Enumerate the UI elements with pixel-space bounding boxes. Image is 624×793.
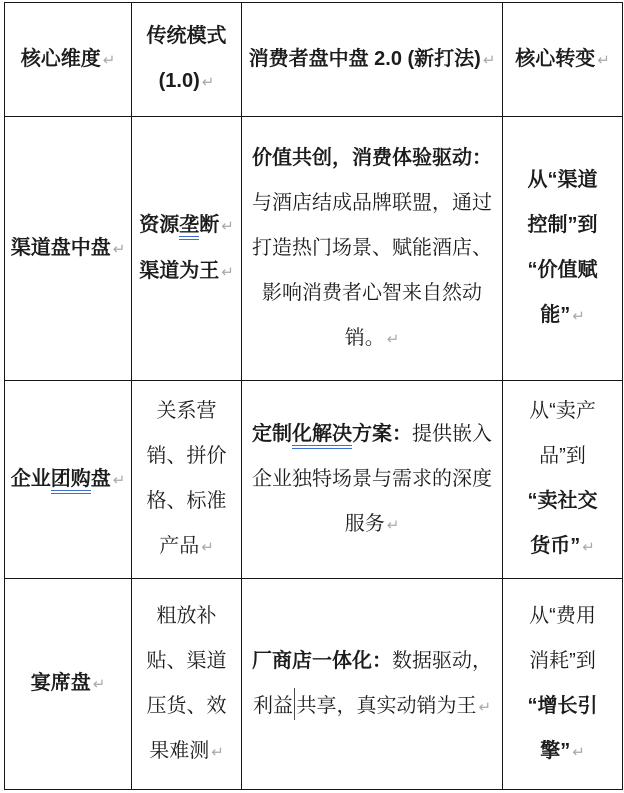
text-segment: “卖社交 — [528, 490, 598, 512]
text-segment: 企业 — [11, 468, 51, 490]
text-segment: 贴、渠道 — [147, 650, 227, 672]
paragraph-mark-icon: ↵ — [597, 52, 610, 69]
text-segment: 影响消费者心智来自然动 — [262, 282, 482, 304]
text-segment: 方案： — [352, 423, 412, 445]
text-segment: “增长引 — [528, 695, 598, 717]
text-line: 服务↵ — [345, 502, 400, 548]
text-line: 货币”↵ — [530, 524, 595, 570]
text-line: 与酒店结成品牌联盟，通过 — [252, 181, 492, 226]
text-line: 从“费用 — [529, 594, 596, 639]
table-cell[interactable]: 厂商店一体化：数据驱动， 利益共享，真实动销为王↵ — [242, 579, 503, 789]
text-segment: 品”到 — [539, 445, 586, 467]
paragraph-mark-icon: ↵ — [572, 308, 585, 325]
text-segment: 企业独特场景与需求的深度 — [252, 468, 492, 490]
paragraph-mark-icon: ↵ — [387, 517, 400, 534]
text-line: “卖社交 — [528, 479, 598, 524]
text-segment: 消耗”到 — [529, 650, 596, 672]
text-line: 定制化解决方案：提供嵌入 — [252, 412, 492, 457]
text-segment: 货币” — [530, 535, 580, 557]
text-segment: 利益 — [253, 695, 293, 717]
comparison-table: 核心维度↵ 传统模式 (1.0)↵ 消费者盘中盘 2.0 (新打法)↵ 核心转变… — [4, 2, 623, 790]
text-segment: 擎” — [540, 740, 570, 762]
paragraph-mark-icon: ↵ — [221, 264, 234, 281]
text-line: 资源垄断↵ — [139, 203, 234, 249]
paragraph-mark-icon: ↵ — [221, 218, 234, 235]
text-line: 渠道盘中盘↵ — [11, 226, 126, 272]
text-line: 厂商店一体化：数据驱动， — [252, 639, 492, 684]
table-cell[interactable]: 宴席盘↵ — [5, 579, 132, 789]
table-cell[interactable]: 定制化解决方案：提供嵌入 企业独特场景与需求的深度 服务↵ — [242, 381, 503, 579]
table-cell[interactable]: 粗放补 贴、渠道 压货、效 果难测↵ — [132, 579, 242, 789]
text-line: 价值共创，消费体验驱动： — [252, 136, 492, 181]
grammar-underline-text: 团购 — [51, 468, 91, 494]
text-line: 核心维度↵ — [21, 37, 116, 83]
text-segment: 关系营 — [157, 400, 217, 422]
table-cell[interactable]: 从“卖产 品”到 “卖社交 货币”↵ — [503, 381, 622, 579]
paragraph-mark-icon: ↵ — [113, 472, 126, 489]
text-segment: 数据驱动， — [392, 650, 492, 672]
text-segment: 压货、效 — [147, 695, 227, 717]
text-line: 擎”↵ — [540, 729, 585, 775]
text-segment: 从“费用 — [529, 605, 596, 627]
paragraph-mark-icon: ↵ — [93, 676, 106, 693]
paragraph-mark-icon: ↵ — [478, 699, 491, 716]
text-segment: 销。 — [345, 327, 385, 349]
text-segment: 服务 — [345, 513, 385, 535]
text-segment: 核心转变 — [515, 48, 595, 70]
paragraph-mark-icon: ↵ — [211, 744, 224, 761]
text-line: 渠道为王↵ — [139, 249, 234, 295]
text-segment: 打造热门场景、赋能酒店、 — [252, 237, 492, 259]
paragraph-mark-icon: ↵ — [113, 241, 126, 258]
table-cell[interactable]: 核心转变↵ — [503, 3, 622, 117]
text-segment: (1.0) — [159, 70, 200, 92]
text-line: 贴、渠道 — [147, 639, 227, 684]
table-cell[interactable]: 从“费用 消耗”到 “增长引 擎”↵ — [503, 579, 622, 789]
paragraph-mark-icon: ↵ — [103, 52, 116, 69]
text-segment: 消费者盘中盘 2.0 (新打法) — [249, 48, 481, 70]
text-segment: 从“卖产 — [529, 400, 596, 422]
grammar-underline-text: 化解决 — [292, 423, 352, 449]
text-segment: 渠道为王 — [139, 260, 219, 282]
text-line: 企业独特场景与需求的深度 — [252, 457, 492, 502]
text-line: 压货、效 — [147, 684, 227, 729]
text-line: 影响消费者心智来自然动 — [262, 271, 482, 316]
text-line: 销。↵ — [345, 316, 400, 362]
table-cell[interactable]: 关系营 销、拼价 格、标准 产品↵ — [132, 381, 242, 579]
text-line: 格、标准 — [147, 479, 227, 524]
text-segment: 控制”到 — [528, 214, 598, 236]
text-line: 控制”到 — [528, 203, 598, 248]
text-segment: 产品 — [159, 535, 199, 557]
text-segment: 格、标准 — [147, 490, 227, 512]
paragraph-mark-icon: ↵ — [387, 331, 400, 348]
text-segment: 断 — [199, 214, 219, 236]
text-segment: 共享，真实动销为王 — [296, 695, 476, 717]
table-cell[interactable]: 价值共创，消费体验驱动： 与酒店结成品牌联盟，通过 打造热门场景、赋能酒店、 影… — [242, 117, 503, 381]
table-cell[interactable]: 传统模式 (1.0)↵ — [132, 3, 242, 117]
text-line: 能”↵ — [540, 293, 585, 339]
text-segment: 提供嵌入 — [412, 423, 492, 445]
text-segment: 盘 — [91, 468, 111, 490]
text-line: 核心转变↵ — [515, 37, 610, 83]
text-segment: 传统模式 — [147, 25, 227, 47]
text-segment: 厂商店一体化： — [252, 650, 392, 672]
text-line: 粗放补 — [157, 594, 217, 639]
text-segment: 宴席盘 — [31, 672, 91, 694]
text-segment: “价值赋 — [528, 259, 598, 281]
paragraph-mark-icon: ↵ — [202, 74, 215, 91]
text-line: 从“渠道 — [528, 158, 598, 203]
text-segment: 果难测 — [149, 740, 209, 762]
text-line: 打造热门场景、赋能酒店、 — [252, 226, 492, 271]
text-line: 从“卖产 — [529, 389, 596, 434]
text-segment: 核心维度 — [21, 48, 101, 70]
text-line: 利益共享，真实动销为王↵ — [253, 684, 491, 730]
paragraph-mark-icon: ↵ — [582, 539, 595, 556]
text-line: 消费者盘中盘 2.0 (新打法)↵ — [249, 37, 496, 83]
text-segment: 销、拼价 — [147, 445, 227, 467]
paragraph-mark-icon: ↵ — [201, 539, 214, 556]
text-segment: 渠道盘中盘 — [11, 237, 111, 259]
text-line: 关系营 — [157, 389, 217, 434]
text-segment: 从“渠道 — [528, 169, 598, 191]
grammar-underline-text: 垄 — [179, 214, 199, 240]
text-segment: 定制 — [252, 423, 292, 445]
text-segment: 价值共创，消费体验驱动： — [252, 147, 492, 169]
paragraph-mark-icon: ↵ — [483, 52, 496, 69]
text-line: 传统模式 — [147, 14, 227, 59]
text-line: 消耗”到 — [529, 639, 596, 684]
paragraph-mark-icon: ↵ — [572, 744, 585, 761]
table-cell[interactable]: 从“渠道 控制”到 “价值赋 能”↵ — [503, 117, 622, 381]
text-line: 销、拼价 — [147, 434, 227, 479]
text-segment: 能” — [540, 304, 570, 326]
text-line: 品”到 — [539, 434, 586, 479]
table-cell[interactable]: 渠道盘中盘↵ — [5, 117, 132, 381]
table-cell[interactable]: 消费者盘中盘 2.0 (新打法)↵ — [242, 3, 503, 117]
text-segment: 与酒店结成品牌联盟，通过 — [252, 192, 492, 214]
table-cell[interactable]: 资源垄断↵ 渠道为王↵ — [132, 117, 242, 381]
text-line: 产品↵ — [159, 524, 214, 570]
text-line: “价值赋 — [528, 248, 598, 293]
text-segment: 粗放补 — [157, 605, 217, 627]
text-line: 果难测↵ — [149, 729, 224, 775]
text-line: 宴席盘↵ — [31, 661, 106, 707]
text-line: “增长引 — [528, 684, 598, 729]
document-page: 核心维度↵ 传统模式 (1.0)↵ 消费者盘中盘 2.0 (新打法)↵ 核心转变… — [0, 0, 624, 793]
text-line: (1.0)↵ — [159, 59, 215, 105]
table-cell[interactable]: 核心维度↵ — [5, 3, 132, 117]
text-line: 企业团购盘↵ — [11, 457, 126, 503]
table-cell[interactable]: 企业团购盘↵ — [5, 381, 132, 579]
text-segment: 资源 — [139, 214, 179, 236]
